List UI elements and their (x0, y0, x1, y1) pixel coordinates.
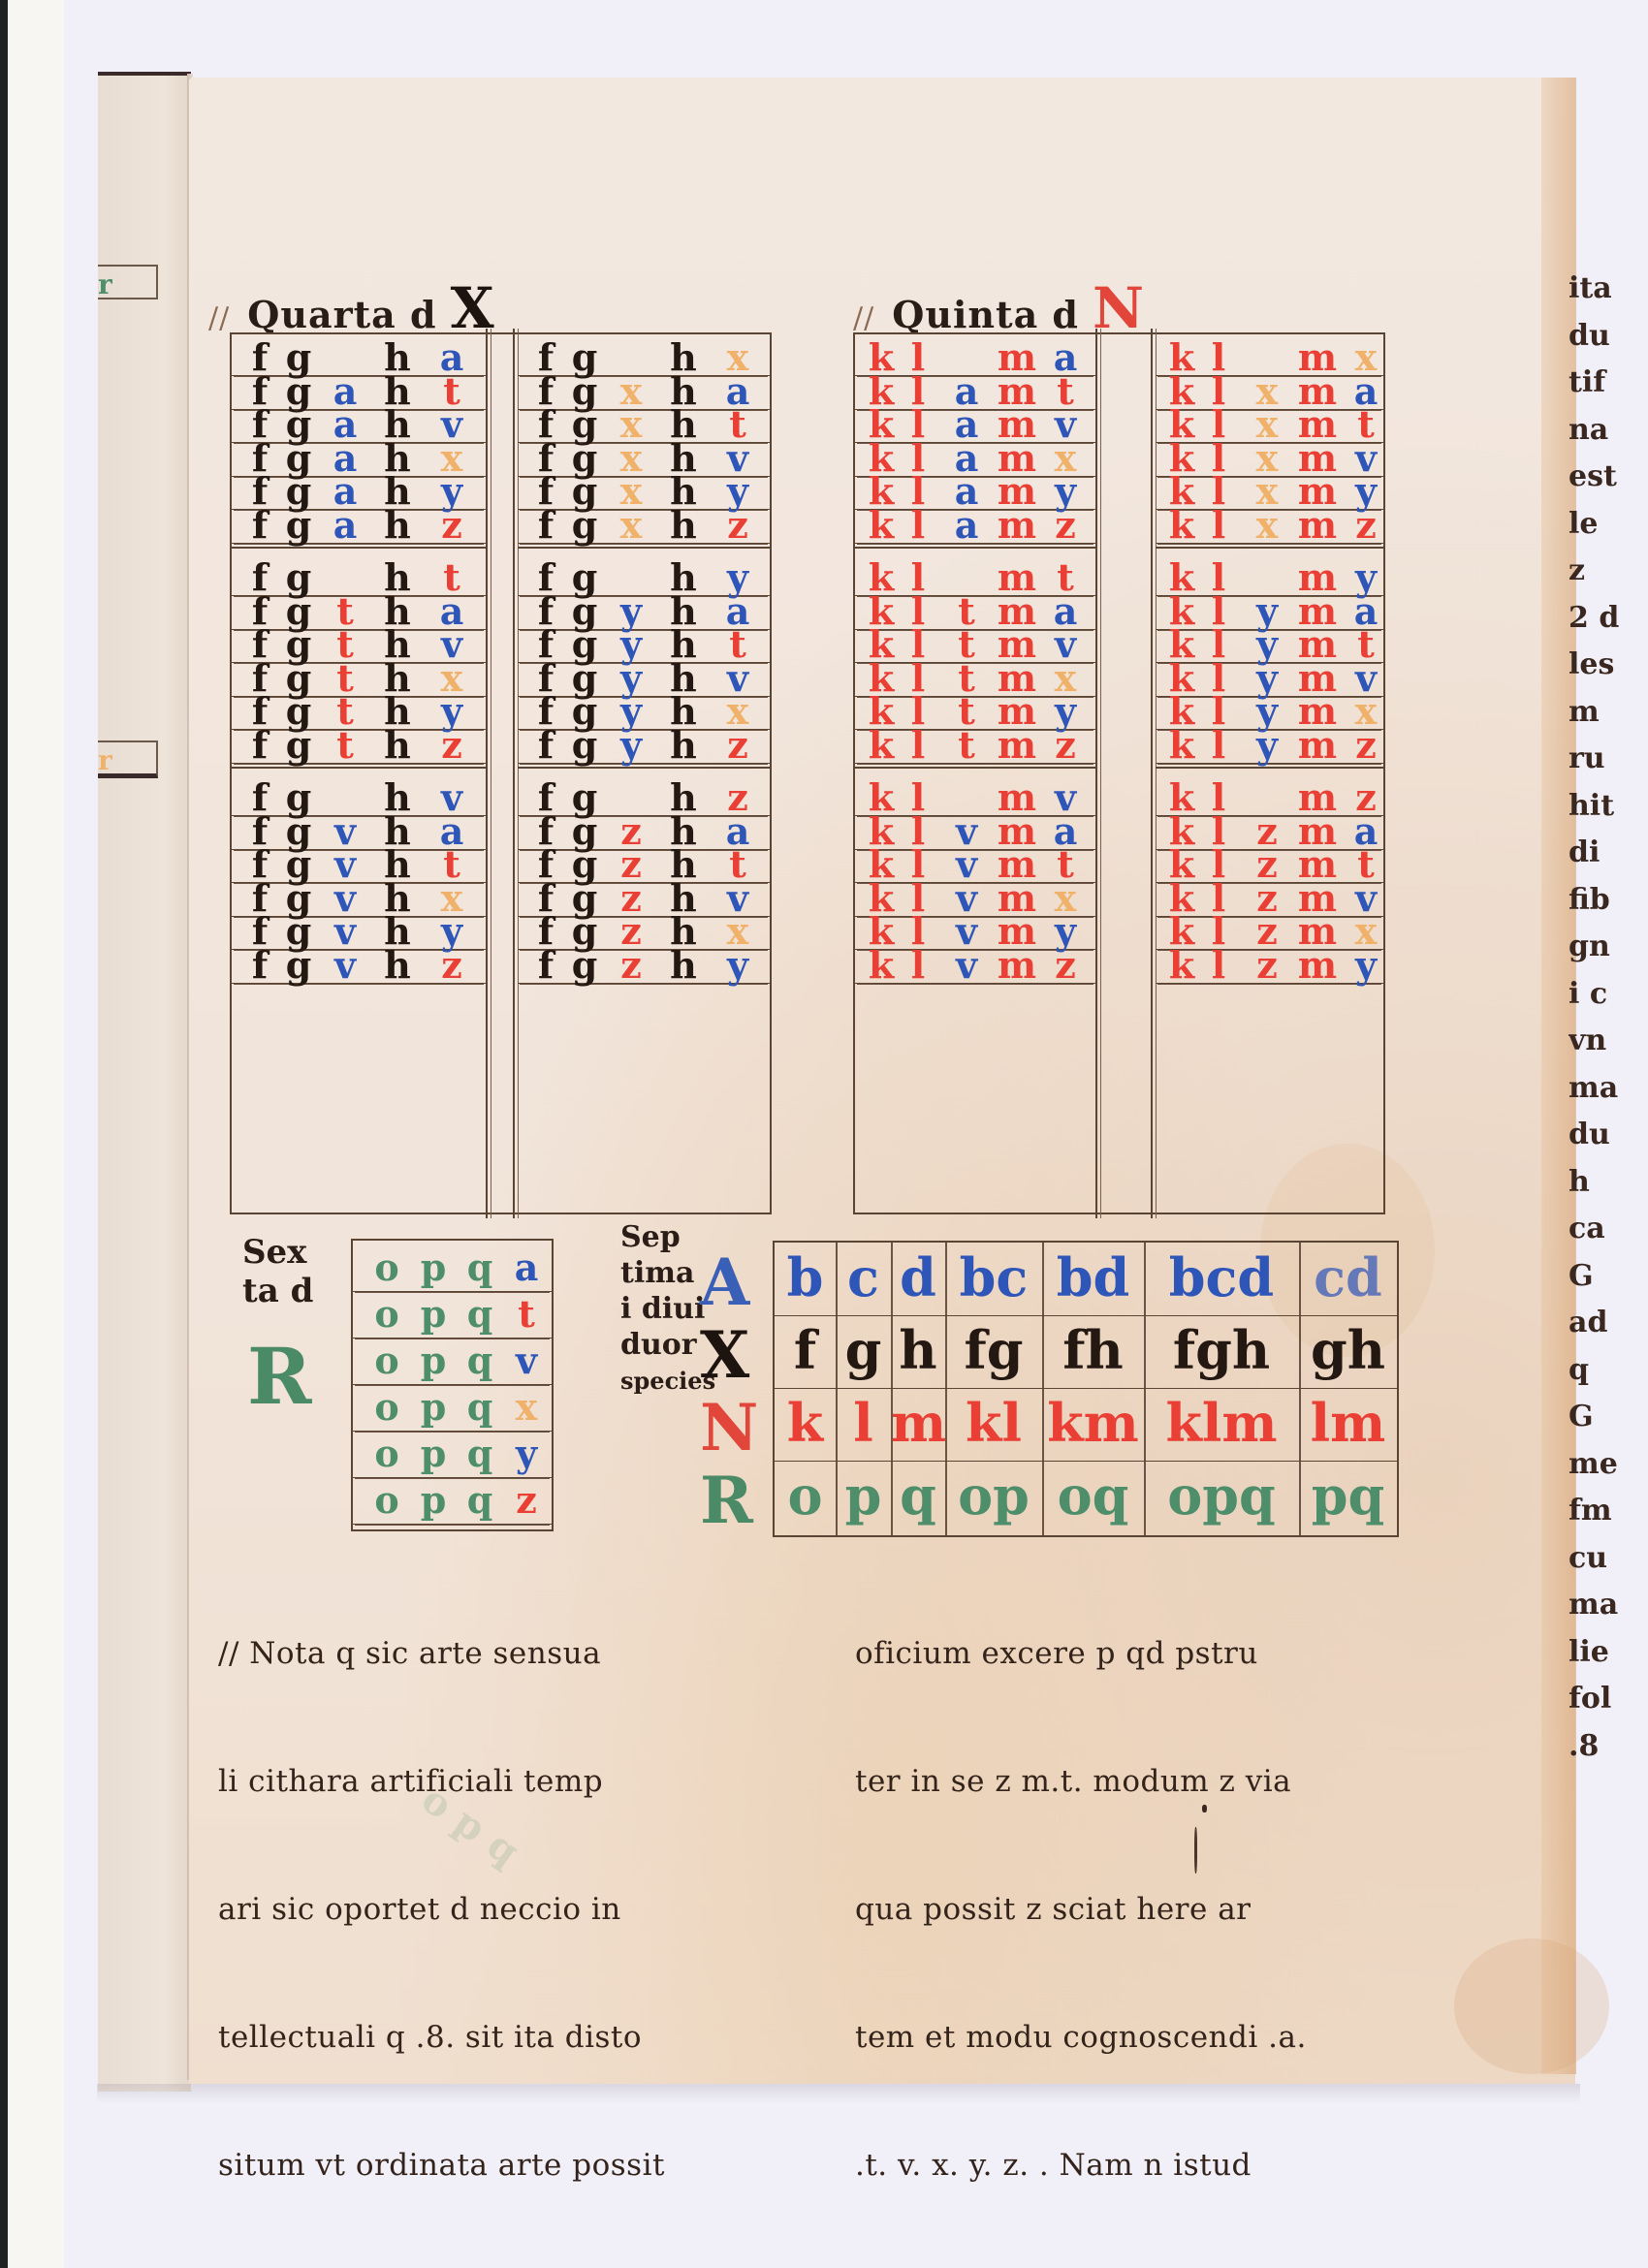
paragraph-right: oficium excere p qd pstru ter in se z m.… (855, 1547, 1307, 2229)
table-row: opqy (353, 1433, 552, 1478)
table-cell: p (413, 1481, 454, 1520)
table-row: fgxhz (518, 510, 770, 544)
table-cell: q (460, 1248, 500, 1287)
left-page-table-fragment: r (98, 740, 158, 778)
table-cell: t (325, 726, 365, 765)
septima-cell: l (836, 1394, 891, 1452)
septima-row-initial: N (700, 1394, 758, 1462)
table-cell: f (525, 946, 566, 985)
table-cell: x (1247, 506, 1287, 545)
sexta-label-line: ta d (242, 1272, 313, 1310)
group-separator (518, 767, 770, 769)
table-cell: f (239, 946, 280, 985)
table-cell: p (413, 1388, 454, 1427)
text-line: ari sic oportet d neccio in (218, 1888, 665, 1931)
table-row: fgahz (232, 510, 486, 544)
group-separator (855, 767, 1095, 769)
septima-cell: bc (945, 1248, 1042, 1307)
septima-cell: gh (1299, 1321, 1397, 1379)
table-row: klzmy (1156, 950, 1383, 984)
septima-cell: q (891, 1466, 945, 1525)
table-cell: m (997, 946, 1037, 985)
table-cell: q (460, 1388, 500, 1427)
septima-row-initial: A (700, 1248, 749, 1316)
septima-row-initial: X (700, 1321, 749, 1389)
table-row: kltmz (855, 730, 1095, 764)
table-cell: p (413, 1434, 454, 1473)
quinta-heading-text: Quinta d (892, 293, 1079, 336)
text-line: situm vt ordinata arte possit (218, 2144, 665, 2187)
table-cell: o (366, 1388, 407, 1427)
table-cell: h (377, 726, 418, 765)
table-cell: k (1161, 946, 1202, 985)
septima-cell: c (836, 1248, 891, 1307)
table-row: opqx (353, 1386, 552, 1432)
table-cell: l (898, 506, 938, 545)
group-separator (518, 547, 770, 549)
table-cell: f (525, 506, 566, 545)
septima-cell: bcd (1144, 1248, 1299, 1307)
table-cell: h (377, 506, 418, 545)
table-cell: z (1346, 506, 1386, 545)
table-cell: z (1346, 726, 1386, 765)
margin-fragment: ad (1569, 1307, 1646, 1355)
margin-fragment: hit (1569, 791, 1646, 838)
margin-fragment: lie (1569, 1637, 1646, 1685)
table-cell: m (1297, 946, 1338, 985)
text-line: // Nota q sic arte sensua (218, 1632, 665, 1675)
table-cell: z (506, 1481, 547, 1520)
table-cell: h (377, 946, 418, 985)
table-cell: o (366, 1341, 407, 1380)
text-line: oficium excere p qd pstru (855, 1632, 1307, 1675)
left-page-table-fragment: r (98, 265, 158, 299)
table-cell: x (506, 1388, 547, 1427)
margin-fragment: na (1569, 415, 1646, 462)
table-cell: p (413, 1248, 454, 1287)
septima-cell: cd (1299, 1248, 1397, 1307)
table-row: klxmz (1156, 510, 1383, 544)
table-cell: z (1247, 946, 1287, 985)
sexta-label-line: Sex (242, 1233, 313, 1272)
group-separator (232, 767, 486, 769)
septima-cell: klm (1144, 1394, 1299, 1452)
septima-cell: h (891, 1321, 945, 1379)
group-separator (855, 547, 1095, 549)
table-cell: a (325, 506, 365, 545)
table-cell: h (663, 506, 704, 545)
table-cell: z (431, 726, 472, 765)
margin-fragment: di (1569, 837, 1646, 885)
table-cell: x (611, 506, 651, 545)
margin-fragment: ca (1569, 1213, 1646, 1261)
left-fragment-glyph: r (98, 744, 112, 776)
table-row: klamz (855, 510, 1095, 544)
quarta-heading-text: Quarta d (247, 293, 436, 336)
table-cell: l (898, 726, 938, 765)
septima-cell: fg (945, 1321, 1042, 1379)
table-cell: z (611, 946, 651, 985)
table-cell: g (278, 726, 319, 765)
paragraph-mark: // (853, 301, 874, 335)
table-cell: t (506, 1295, 547, 1334)
table-row: fgzhy (518, 950, 770, 984)
table-cell: o (366, 1295, 407, 1334)
table-cell: g (278, 946, 319, 985)
table-cell: h (663, 946, 704, 985)
text-line: tellectuali q .8. sit ita disto (218, 2016, 665, 2059)
septima-cell: m (891, 1394, 945, 1452)
ink-dot (1202, 1805, 1207, 1812)
table-cell: f (239, 506, 280, 545)
paragraph-left: // Nota q sic arte sensua li cithara art… (218, 1547, 665, 2229)
text-line: ter in se z m.t. modum z via (855, 1760, 1307, 1803)
quarta-table: fghafgahtfgahvfgahxfgahyfgahzfghtfgthafg… (230, 332, 772, 1214)
table-cell: z (1045, 726, 1086, 765)
table-cell: t (946, 726, 987, 765)
margin-fragment: m (1569, 697, 1646, 744)
table-row: fgthz (232, 730, 486, 764)
quarta-heading: //Quarta dX (208, 275, 495, 341)
table-cell: m (997, 726, 1037, 765)
text-line: .t. v. x. y. z. . Nam n istud (855, 2144, 1307, 2187)
septima-cell: b (775, 1248, 836, 1307)
table-cell: g (564, 946, 605, 985)
table-cell: q (460, 1341, 500, 1380)
margin-fragment: le (1569, 509, 1646, 556)
table-cell: l (1198, 506, 1239, 545)
septima-cell: op (945, 1466, 1042, 1525)
table-cell: a (946, 506, 987, 545)
quinta-grid: klmaklamtklamvklamxklamyklamzklmtkltmakl… (855, 334, 1383, 1213)
table-cell: z (717, 506, 758, 545)
table-cell: f (239, 726, 280, 765)
table-cell: m (1297, 506, 1338, 545)
table-cell: v (325, 946, 365, 985)
margin-fragment: cu (1569, 1543, 1646, 1591)
paragraph-mark: // (208, 301, 230, 335)
table-cell: l (1198, 726, 1239, 765)
table-cell: k (861, 726, 902, 765)
margin-fragment: les (1569, 649, 1646, 697)
scanner-edge (0, 0, 8, 2268)
margin-fragment: ita (1569, 273, 1646, 321)
right-margin-text-fragments: itadutifnaestlez2 dlesmruhitdifibgni cvn… (1569, 273, 1646, 1785)
margin-fragment: G (1569, 1402, 1646, 1449)
table-cell: y (611, 726, 651, 765)
table-cell: p (413, 1295, 454, 1334)
table-cell: y (1247, 726, 1287, 765)
text-line: qua possit z sciat here ar (855, 1888, 1307, 1931)
margin-fragment: G (1569, 1261, 1646, 1308)
table-cell: o (366, 1434, 407, 1473)
septima-cell: g (836, 1321, 891, 1379)
margin-fragment: me (1569, 1449, 1646, 1496)
table-cell: p (413, 1341, 454, 1380)
margin-fragment: gn (1569, 931, 1646, 979)
table-cell: m (1297, 726, 1338, 765)
septima-row-initial: R (700, 1466, 753, 1534)
margin-fragment: ru (1569, 743, 1646, 791)
margin-fragment: 2 d (1569, 603, 1646, 650)
table-cell: k (1161, 506, 1202, 545)
septima-cell: lm (1299, 1394, 1397, 1452)
quarta-grid: fghafgahtfgahvfgahxfgahyfgahzfghtfgthafg… (232, 334, 770, 1213)
table-cell: f (525, 726, 566, 765)
septima-cell: opq (1144, 1466, 1299, 1525)
margin-fragment: du (1569, 1119, 1646, 1167)
group-separator (232, 547, 486, 549)
table-row: fgvhz (232, 950, 486, 984)
table-row: fgyhz (518, 730, 770, 764)
septima-cell: kl (945, 1394, 1042, 1452)
table-cell: k (861, 506, 902, 545)
table-cell: v (506, 1341, 547, 1380)
table-cell: l (1198, 946, 1239, 985)
table-cell: g (564, 506, 605, 545)
text-line: tem et modu cognoscendi .a. (855, 2016, 1307, 2059)
table-cell: q (460, 1434, 500, 1473)
table-cell: q (460, 1295, 500, 1334)
sexta-grid: opqaopqtopqvopqxopqyopqz (353, 1241, 552, 1529)
table-cell: y (717, 946, 758, 985)
septima-cell: k (775, 1394, 836, 1452)
septima-cell: p (836, 1466, 891, 1525)
group-separator (1156, 767, 1383, 769)
table-cell: v (946, 946, 987, 985)
table-cell: z (1045, 946, 1086, 985)
septima-cell: d (891, 1248, 945, 1307)
table-cell: h (663, 726, 704, 765)
table-cell: o (366, 1481, 407, 1520)
table-row: klvmz (855, 950, 1095, 984)
table-cell: q (460, 1481, 500, 1520)
left-fragment-glyph: r (98, 268, 112, 300)
table-cell: y (1346, 946, 1386, 985)
sexta-table: opqaopqtopqvopqxopqyopqz (351, 1239, 554, 1531)
margin-fragment: du (1569, 321, 1646, 368)
table-cell: y (506, 1434, 547, 1473)
table-cell: g (564, 726, 605, 765)
septima-cell: o (775, 1466, 836, 1525)
table-cell: a (506, 1248, 547, 1287)
table-row: opqv (353, 1339, 552, 1385)
table-cell: m (997, 506, 1037, 545)
septima-cell: oq (1042, 1466, 1144, 1525)
margin-fragment: tif (1569, 367, 1646, 415)
table-cell: k (861, 946, 902, 985)
table-row: klymz (1156, 730, 1383, 764)
scanner-margin (8, 0, 64, 2268)
margin-fragment: fm (1569, 1496, 1646, 1543)
septima-cell: f (775, 1321, 836, 1379)
margin-fragment: h (1569, 1167, 1646, 1214)
septima-table: bcdbcbdbcdcdfghfgfhfghghklmklkmklmlmopqo… (773, 1241, 1399, 1537)
margin-fragment: vn (1569, 1025, 1646, 1073)
septima-cell: bd (1042, 1248, 1144, 1307)
sexta-initial: R (247, 1333, 311, 1420)
water-stain (1454, 1938, 1609, 2074)
table-row: opqt (353, 1293, 552, 1339)
sexta-label: Sex ta d (242, 1233, 313, 1310)
text-line: li cithara artificiali temp (218, 1760, 665, 1803)
margin-fragment: i c (1569, 979, 1646, 1026)
group-separator (1156, 547, 1383, 549)
margin-fragment: ma (1569, 1590, 1646, 1637)
table-row: opqa (353, 1246, 552, 1292)
table-cell: l (898, 946, 938, 985)
margin-fragment: q (1569, 1355, 1646, 1402)
table-cell: z (431, 506, 472, 545)
table-cell: k (1161, 726, 1202, 765)
septima-cell: fh (1042, 1321, 1144, 1379)
table-cell: o (366, 1248, 407, 1287)
septima-cell: pq (1299, 1466, 1397, 1525)
margin-fragment: fol (1569, 1684, 1646, 1731)
left-page-edge: r r (98, 72, 191, 2092)
table-cell: g (278, 506, 319, 545)
margin-fragment: z (1569, 555, 1646, 603)
margin-fragment: est (1569, 461, 1646, 509)
ink-stroke (1194, 1827, 1197, 1874)
table-cell: z (717, 726, 758, 765)
quinta-table: klmaklamtklamvklamxklamyklamzklmtkltmakl… (853, 332, 1385, 1214)
table-row: opqz (353, 1479, 552, 1525)
margin-fragment: fib (1569, 885, 1646, 932)
septima-cell: fgh (1144, 1321, 1299, 1379)
table-cell: z (431, 946, 472, 985)
table-cell: z (1045, 506, 1086, 545)
septima-cell: km (1042, 1394, 1144, 1452)
margin-fragment: .8 (1569, 1731, 1646, 1779)
margin-fragment: ma (1569, 1073, 1646, 1120)
